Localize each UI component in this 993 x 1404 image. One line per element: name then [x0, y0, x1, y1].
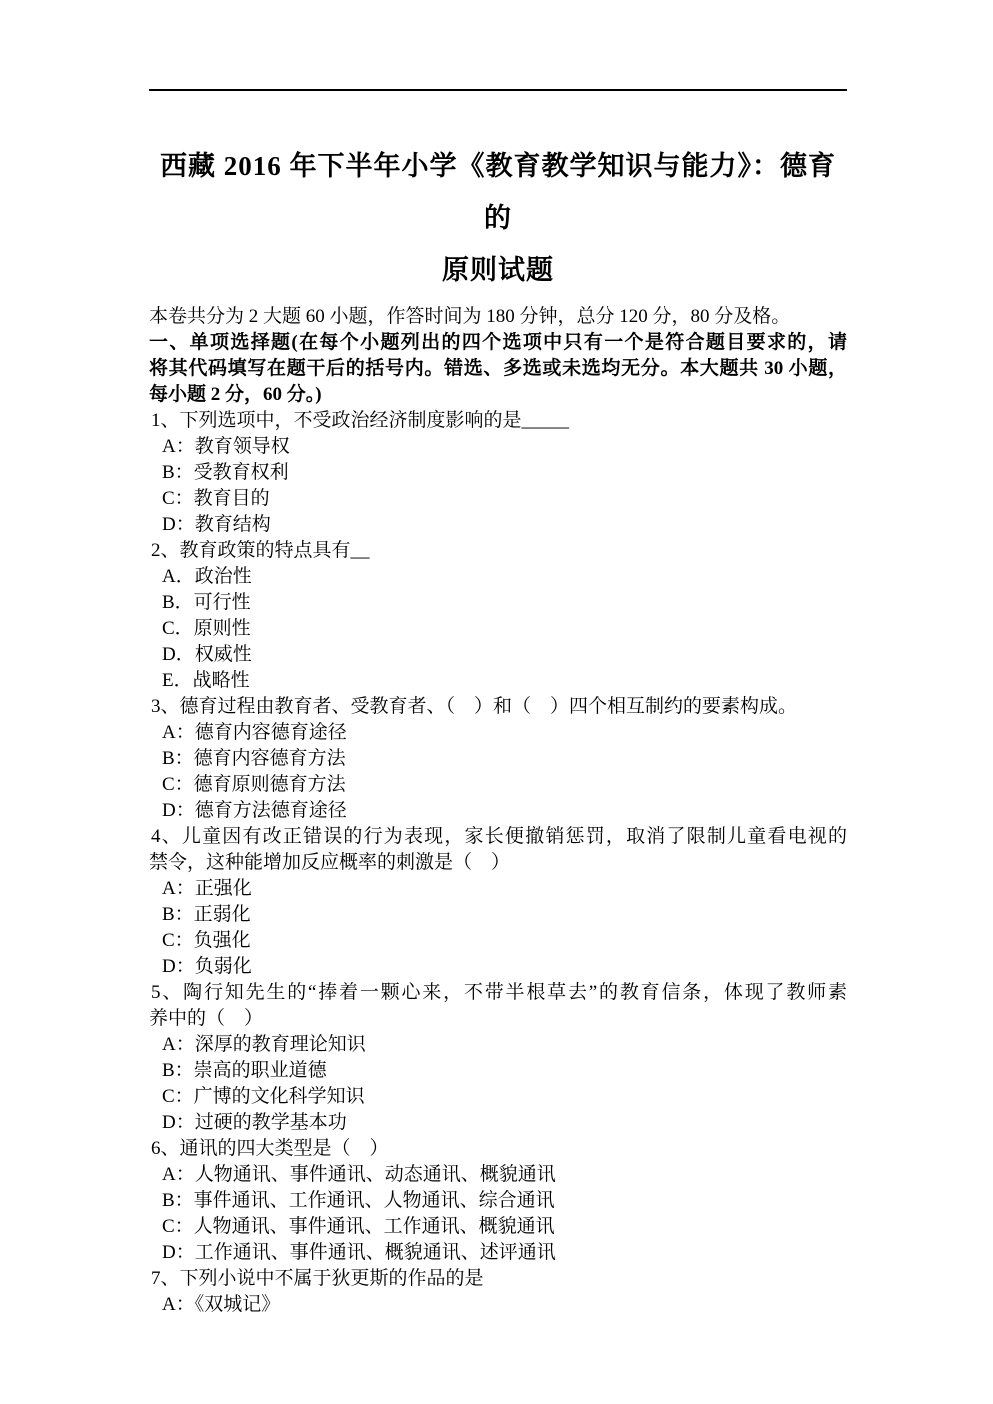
- question-3: 3、德育过程由教育者、受教育者、（ ）和（ ）四个相互制约的要素构成。 A：德育…: [149, 694, 847, 824]
- question-6: 6、通讯的四大类型是（ ） A：人物通讯、事件通讯、动态通讯、概貌通讯 B：事件…: [149, 1136, 847, 1266]
- question-1: 1、下列选项中，不受政治经济制度影响的是_____ A：教育领导权 B：受教育权…: [149, 408, 847, 538]
- q1-option-a: A：教育领导权: [149, 434, 847, 460]
- header-rule: [149, 89, 847, 91]
- q5-option-b: B：崇高的职业道德: [149, 1058, 847, 1084]
- question-7: 7、下列小说中不属于狄更斯的作品的是 A：《双城记》: [149, 1266, 847, 1318]
- q3-option-d: D：德育方法德育途径: [149, 798, 847, 824]
- exam-intro: 本卷共分为 2 大题 60 小题，作答时间为 180 分钟，总分 120 分，8…: [149, 304, 847, 330]
- title-line-1: 西藏 2016 年下半年小学《教育教学知识与能力》：德育的: [149, 140, 847, 244]
- title-line-2: 原则试题: [149, 244, 847, 296]
- q1-option-d: D：教育结构: [149, 512, 847, 538]
- q2-option-d: D．权威性: [149, 642, 847, 668]
- q7-stem: 7、下列小说中不属于狄更斯的作品的是: [149, 1266, 847, 1292]
- document-content: 西藏 2016 年下半年小学《教育教学知识与能力》：德育的 原则试题 本卷共分为…: [149, 140, 847, 1318]
- q3-option-a: A：德育内容德育途径: [149, 720, 847, 746]
- q6-stem: 6、通讯的四大类型是（ ）: [149, 1136, 847, 1162]
- q2-option-a: A．政治性: [149, 564, 847, 590]
- q6-option-a: A：人物通讯、事件通讯、动态通讯、概貌通讯: [149, 1162, 847, 1188]
- q1-option-c: C：教育目的: [149, 486, 847, 512]
- q5-option-a: A：深厚的教育理论知识: [149, 1032, 847, 1058]
- q1-stem: 1、下列选项中，不受政治经济制度影响的是_____: [149, 408, 847, 434]
- q1-option-b: B：受教育权利: [149, 460, 847, 486]
- q4-stem-line-1: 4、儿童因有改正错误的行为表现，家长便撤销惩罚，取消了限制儿童看电视的: [149, 824, 847, 850]
- q5-stem-line-2: 养中的（ ）: [149, 1006, 847, 1032]
- q5-option-d: D：过硬的教学基本功: [149, 1110, 847, 1136]
- q4-option-d: D：负弱化: [149, 954, 847, 980]
- q3-option-c: C：德育原则德育方法: [149, 772, 847, 798]
- question-5: 5、陶行知先生的“捧着一颗心来，不带半根草去”的教育信条，体现了教师素 养中的（…: [149, 980, 847, 1136]
- q7-option-a: A：《双城记》: [149, 1292, 847, 1318]
- section-header-line-2: 将其代码填写在题干后的括号内。错选、多选或未选均无分。本大题共 30 小题，: [149, 356, 847, 382]
- q3-option-b: B：德育内容德育方法: [149, 746, 847, 772]
- q4-option-b: B：正弱化: [149, 902, 847, 928]
- q6-option-c: C：人物通讯、事件通讯、工作通讯、概貌通讯: [149, 1214, 847, 1240]
- section-header-line-3: 每小题 2 分，60 分。): [149, 382, 847, 408]
- q2-option-c: C．原则性: [149, 616, 847, 642]
- document-title: 西藏 2016 年下半年小学《教育教学知识与能力》：德育的 原则试题: [149, 140, 847, 296]
- question-2: 2、教育政策的特点具有__ A．政治性 B．可行性 C．原则性 D．权威性 E．…: [149, 538, 847, 694]
- section-header-line-1: 一、单项选择题(在每个小题列出的四个选项中只有一个是符合题目要求的，请: [149, 330, 847, 356]
- q3-stem: 3、德育过程由教育者、受教育者、（ ）和（ ）四个相互制约的要素构成。: [149, 694, 847, 720]
- q2-option-e: E．战略性: [149, 668, 847, 694]
- q2-stem: 2、教育政策的特点具有__: [149, 538, 847, 564]
- question-4: 4、儿童因有改正错误的行为表现，家长便撤销惩罚，取消了限制儿童看电视的 禁令，这…: [149, 824, 847, 980]
- exam-document-page: 西藏 2016 年下半年小学《教育教学知识与能力》：德育的 原则试题 本卷共分为…: [0, 0, 993, 1404]
- section-header: 一、单项选择题(在每个小题列出的四个选项中只有一个是符合题目要求的，请 将其代码…: [149, 330, 847, 408]
- q4-stem-line-2: 禁令，这种能增加反应概率的刺激是（ ）: [149, 850, 847, 876]
- document-body: 本卷共分为 2 大题 60 小题，作答时间为 180 分钟，总分 120 分，8…: [149, 304, 847, 1318]
- q6-option-b: B：事件通讯、工作通讯、人物通讯、综合通讯: [149, 1188, 847, 1214]
- q2-option-b: B．可行性: [149, 590, 847, 616]
- q4-option-a: A：正强化: [149, 876, 847, 902]
- q4-option-c: C：负强化: [149, 928, 847, 954]
- q5-stem-line-1: 5、陶行知先生的“捧着一颗心来，不带半根草去”的教育信条，体现了教师素: [149, 980, 847, 1006]
- q5-option-c: C：广博的文化科学知识: [149, 1084, 847, 1110]
- q6-option-d: D：工作通讯、事件通讯、概貌通讯、述评通讯: [149, 1240, 847, 1266]
